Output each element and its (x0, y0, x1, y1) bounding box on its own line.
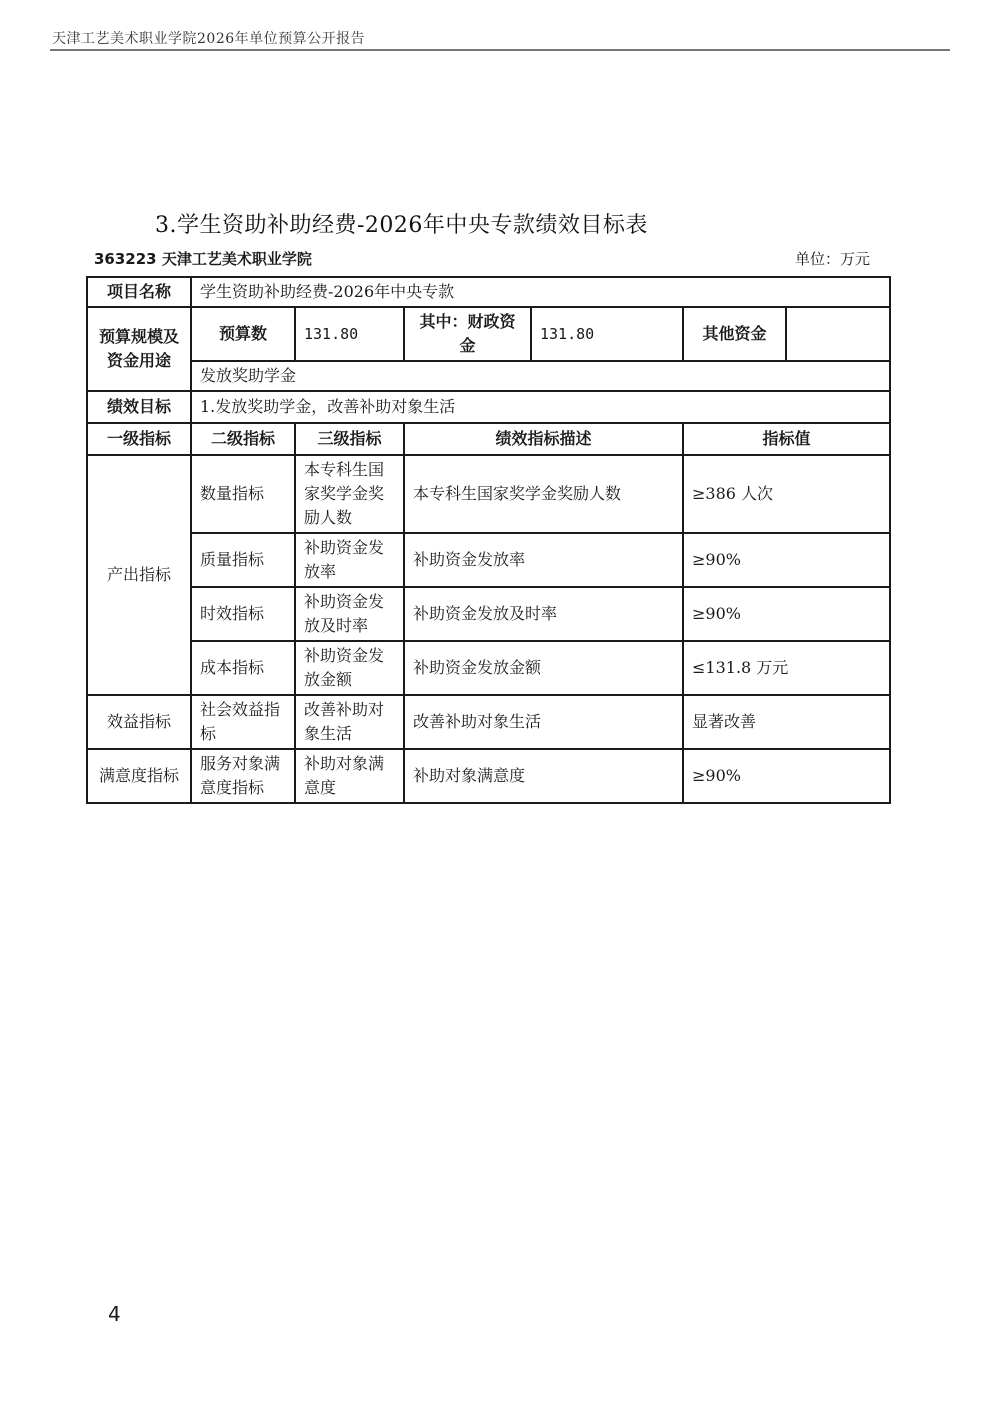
running-header: 天津工艺美术职业学院2026年单位预算公开报告 (52, 28, 365, 48)
level1-cell: 产出指标 (87, 455, 191, 695)
description-cell: 补助资金发放率 (404, 533, 683, 587)
budget-amount-value: 131.80 (295, 307, 404, 361)
level3-cell: 补助资金发放率 (295, 533, 404, 587)
table-row: 时效指标 补助资金发放及时率 补助资金发放及时率 ≥90% (87, 587, 890, 641)
value-cell: ≥90% (683, 749, 890, 803)
fiscal-funds-label: 其中：财政资金 (404, 307, 531, 361)
project-name-value: 学生资助补助经费-2026年中央专款 (191, 277, 890, 307)
goal-value: 1.发放奖助学金，改善补助对象生活 (191, 391, 890, 423)
budget-row: 预算规模及资金用途 预算数 131.80 其中：财政资金 131.80 其他资金 (87, 307, 890, 361)
level2-cell: 时效指标 (191, 587, 295, 641)
project-name-row: 项目名称 学生资助补助经费-2026年中央专款 (87, 277, 890, 307)
budget-section-label: 预算规模及资金用途 (87, 307, 191, 391)
value-cell: ≥386 人次 (683, 455, 890, 533)
level3-cell: 补助对象满意度 (295, 749, 404, 803)
other-funds-label: 其他资金 (683, 307, 786, 361)
level3-cell: 改善补助对象生活 (295, 695, 404, 749)
project-name-label: 项目名称 (87, 277, 191, 307)
fund-usage-value: 发放奖助学金 (191, 361, 890, 391)
description-cell: 本专科生国家奖学金奖励人数 (404, 455, 683, 533)
level2-cell: 社会效益指标 (191, 695, 295, 749)
col-header-level1: 一级指标 (87, 423, 191, 455)
table-row: 满意度指标 服务对象满意度指标 补助对象满意度 补助对象满意度 ≥90% (87, 749, 890, 803)
level2-cell: 服务对象满意度指标 (191, 749, 295, 803)
description-cell: 改善补助对象生活 (404, 695, 683, 749)
level3-cell: 补助资金发放及时率 (295, 587, 404, 641)
level1-cell: 效益指标 (87, 695, 191, 749)
level2-cell: 数量指标 (191, 455, 295, 533)
unit-label: 单位：万元 (795, 248, 870, 269)
page-number: 4 (108, 1302, 121, 1326)
performance-target-table: 项目名称 学生资助补助经费-2026年中央专款 预算规模及资金用途 预算数 13… (86, 276, 891, 804)
value-cell: ≥90% (683, 533, 890, 587)
value-cell: ≤131.8 万元 (683, 641, 890, 695)
description-cell: 补助对象满意度 (404, 749, 683, 803)
other-funds-value (786, 307, 890, 361)
organization-code-name: 363223 天津工艺美术职业学院 (94, 248, 312, 269)
header-divider (50, 49, 950, 51)
col-header-description: 绩效指标描述 (404, 423, 683, 455)
document-title: 3.学生资助补助经费-2026年中央专款绩效目标表 (155, 208, 648, 239)
value-cell: ≥90% (683, 587, 890, 641)
col-header-level2: 二级指标 (191, 423, 295, 455)
level3-cell: 本专科生国家奖学金奖励人数 (295, 455, 404, 533)
level1-cell: 满意度指标 (87, 749, 191, 803)
description-cell: 补助资金发放金额 (404, 641, 683, 695)
col-header-value: 指标值 (683, 423, 890, 455)
value-cell: 显著改善 (683, 695, 890, 749)
level2-cell: 成本指标 (191, 641, 295, 695)
table-row: 质量指标 补助资金发放率 补助资金发放率 ≥90% (87, 533, 890, 587)
fiscal-funds-value: 131.80 (531, 307, 683, 361)
table-row: 产出指标 数量指标 本专科生国家奖学金奖励人数 本专科生国家奖学金奖励人数 ≥3… (87, 455, 890, 533)
goal-row: 绩效目标 1.发放奖助学金，改善补助对象生活 (87, 391, 890, 423)
indicator-header-row: 一级指标 二级指标 三级指标 绩效指标描述 指标值 (87, 423, 890, 455)
budget-amount-label: 预算数 (191, 307, 295, 361)
level2-cell: 质量指标 (191, 533, 295, 587)
table-row: 成本指标 补助资金发放金额 补助资金发放金额 ≤131.8 万元 (87, 641, 890, 695)
table-row: 效益指标 社会效益指标 改善补助对象生活 改善补助对象生活 显著改善 (87, 695, 890, 749)
description-cell: 补助资金发放及时率 (404, 587, 683, 641)
fund-usage-row: 发放奖助学金 (87, 361, 890, 391)
level3-cell: 补助资金发放金额 (295, 641, 404, 695)
goal-label: 绩效目标 (87, 391, 191, 423)
col-header-level3: 三级指标 (295, 423, 404, 455)
